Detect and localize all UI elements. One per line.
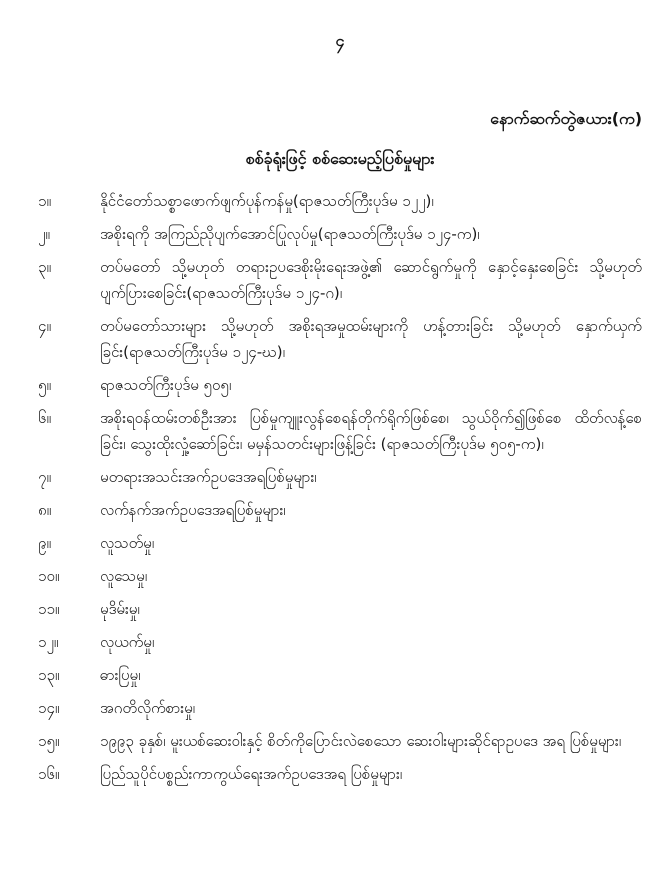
offence-list: ၁။ နိုင်ငံတော်သစ္စာဖောက်ဖျက်ပုန်ကန်မှု(ရ… (38, 188, 642, 787)
list-item: ၃။ တပ်မတော် သို့မဟုတ် တရားဥပဒေစိုးမိုးရေ… (38, 254, 642, 306)
list-item: ၁၅။ ၁၉၉၃ ခုနှစ်၊ မူးယစ်ဆေးဝါးနှင့် စိတ်က… (38, 728, 642, 754)
list-item-text: လုယက်မှု၊ (100, 629, 642, 655)
list-item-text: လူသေမှု၊ (100, 563, 642, 589)
list-item: ၇။ မတရားအသင်းအက်ဥပဒေအရပြစ်မှုများ၊ (38, 464, 642, 490)
list-item-number: ၁၅။ (38, 728, 100, 754)
list-item: ၁၄။ အဂတိလိုက်စားမှု၊ (38, 695, 642, 721)
list-item-text: အစိုးရကို အကြည်ညိုပျက်အောင်ပြုလုပ်မှု(ရာ… (100, 221, 642, 247)
list-item-number: ၁၁။ (38, 596, 100, 622)
list-item-text: ဓားပြမှု၊ (100, 662, 642, 688)
list-item-text: နိုင်ငံတော်သစ္စာဖောက်ဖျက်ပုန်ကန်မှု(ရာဇသ… (100, 188, 642, 214)
list-item-number: ၁၄။ (38, 695, 100, 721)
list-item: ၂။ အစိုးရကို အကြည်ညိုပျက်အောင်ပြုလုပ်မှု… (38, 221, 642, 247)
list-item: ၄။ တပ်မတော်သားများ သို့မဟုတ် အစိုးရအမှုထ… (38, 313, 642, 365)
list-item: ၁။ နိုင်ငံတော်သစ္စာဖောက်ဖျက်ပုန်ကန်မှု(ရ… (38, 188, 642, 214)
list-item: ၈။ လက်နက်အက်ဥပဒေအရပြစ်မှုများ၊ (38, 497, 642, 523)
appendix-label: နောက်ဆက်တွဲဇယား(က) (38, 106, 642, 132)
list-item-text: ၁၉၉၃ ခုနှစ်၊ မူးယစ်ဆေးဝါးနှင့် စိတ်ကိုပြ… (100, 728, 642, 754)
list-item-text: ပြည်သူပိုင်ပစ္စည်းကာကွယ်ရေးအက်ဥပဒေအရ ပြစ… (100, 761, 642, 787)
list-item-text: တပ်မတော် သို့မဟုတ် တရားဥပဒေစိုးမိုးရေးအဖ… (100, 254, 642, 306)
list-item-number: ၅။ (38, 372, 100, 398)
list-item: ၁၆။ ပြည်သူပိုင်ပစ္စည်းကာကွယ်ရေးအက်ဥပဒေအရ… (38, 761, 642, 787)
list-item-number: ၁၃။ (38, 662, 100, 688)
list-item-number: ၁၀။ (38, 563, 100, 589)
document-page: ၄ နောက်ဆက်တွဲဇယား(က) စစ်ခုံရုံးဖြင့် စစ်… (0, 0, 670, 884)
list-item-text: အစိုးရဝန်ထမ်းတစ်ဦးအား ပြစ်မှုကျူးလွန်စေရ… (100, 405, 642, 457)
page-number: ၄ (38, 28, 642, 54)
list-item-number: ၂။ (38, 221, 100, 247)
list-item-text: တပ်မတော်သားများ သို့မဟုတ် အစိုးရအမှုထမ်း… (100, 313, 642, 365)
list-item-number: ၁၆။ (38, 761, 100, 787)
list-item-number: ၄။ (38, 313, 100, 339)
list-item: ၉။ လူသတ်မှု၊ (38, 530, 642, 556)
list-item-number: ၁။ (38, 188, 100, 214)
list-item: ၁၂။ လုယက်မှု၊ (38, 629, 642, 655)
list-item-number: ၇။ (38, 464, 100, 490)
list-item-number: ၈။ (38, 497, 100, 523)
list-item-number: ၆။ (38, 405, 100, 431)
list-item: ၅။ ရာဇသတ်ကြီးပုဒ်မ ၅၀၅၊ (38, 372, 642, 398)
document-title: စစ်ခုံရုံးဖြင့် စစ်ဆေးမည့်ပြစ်မှုများ (38, 146, 642, 172)
list-item-text: မုဒိမ်းမှု၊ (100, 596, 642, 622)
list-item-text: မတရားအသင်းအက်ဥပဒေအရပြစ်မှုများ၊ (100, 464, 642, 490)
list-item: ၁၁။ မုဒိမ်းမှု၊ (38, 596, 642, 622)
list-item-text: လူသတ်မှု၊ (100, 530, 642, 556)
list-item-text: ရာဇသတ်ကြီးပုဒ်မ ၅၀၅၊ (100, 372, 642, 398)
list-item-number: ၃။ (38, 254, 100, 280)
list-item: ၁၀။ လူသေမှု၊ (38, 563, 642, 589)
list-item-text: အဂတိလိုက်စားမှု၊ (100, 695, 642, 721)
list-item-number: ၉။ (38, 530, 100, 556)
list-item: ၆။ အစိုးရဝန်ထမ်းတစ်ဦးအား ပြစ်မှုကျူးလွန်… (38, 405, 642, 457)
list-item-text: လက်နက်အက်ဥပဒေအရပြစ်မှုများ၊ (100, 497, 642, 523)
list-item: ၁၃။ ဓားပြမှု၊ (38, 662, 642, 688)
list-item-number: ၁၂။ (38, 629, 100, 655)
